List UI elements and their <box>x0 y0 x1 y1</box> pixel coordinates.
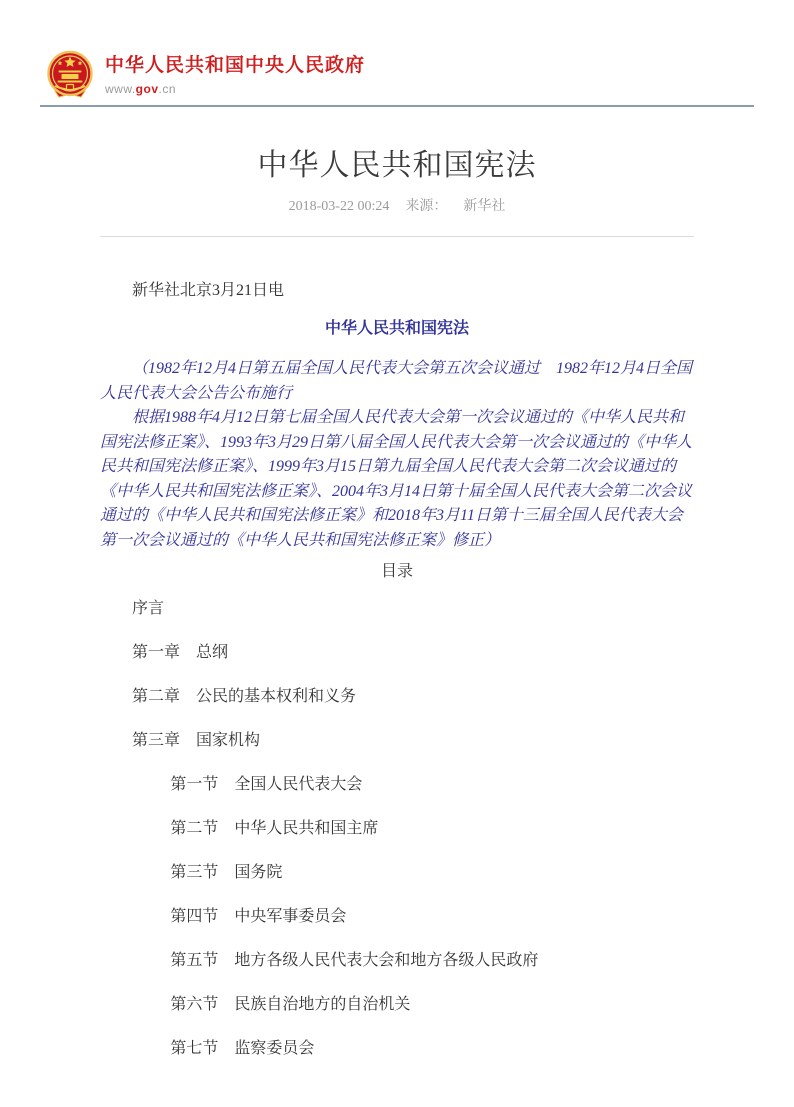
toc-item-section-5: 第五节 地方各级人民代表大会和地方各级人民政府 <box>100 949 694 974</box>
toc-item-section-1: 第一节 全国人民代表大会 <box>100 773 694 798</box>
site-logo-link[interactable]: 中华人民共和国中央人民政府 www.gov.cn <box>40 0 754 100</box>
article-body: 新华社北京3月21日电 中华人民共和国宪法 （1982年12月4日第五届全国人民… <box>100 237 694 1061</box>
toc-item-section-4: 第四节 中央军事委员会 <box>100 905 694 930</box>
header-divider <box>40 105 754 107</box>
toc-item-section-3: 第三节 国务院 <box>100 861 694 886</box>
toc-item-section-2: 第二节 中华人民共和国主席 <box>100 817 694 842</box>
toc-item-chapter-2: 第二章 公民的基本权利和义务 <box>100 685 694 710</box>
preface-paragraph: （1982年12月4日第五届全国人民代表大会第五次会议通过 1982年12月4日… <box>100 357 694 406</box>
national-emblem-icon <box>45 50 95 100</box>
article-subtitle: 中华人民共和国宪法 <box>100 317 694 342</box>
toc-item-section-7: 第七节 监察委员会 <box>100 1037 694 1062</box>
site-title[interactable]: 中华人民共和国中央人民政府 <box>105 53 365 79</box>
source-value: 新华社 <box>463 199 505 214</box>
article-title: 中华人民共和国宪法 <box>100 145 694 187</box>
publish-datetime: 2018-03-22 00:24 <box>289 199 390 214</box>
toc-item-preamble: 序言 <box>100 597 694 622</box>
site-url[interactable]: www.gov.cn <box>105 82 365 97</box>
article: 中华人民共和国宪法 2018-03-22 00:24来源：新华社 新华社北京3月… <box>100 145 694 1061</box>
source-label: 来源： <box>405 199 447 214</box>
toc-item-chapter-1: 第一章 总纲 <box>100 641 694 666</box>
preface-paragraph: 根据1988年4月12日第七届全国人民代表大会第一次会议通过的《中华人民共和国宪… <box>100 406 694 553</box>
toc-title: 目录 <box>100 560 694 585</box>
dateline: 新华社北京3月21日电 <box>100 279 694 304</box>
toc-item-chapter-3: 第三章 国家机构 <box>100 729 694 754</box>
toc-item-section-6: 第六节 民族自治地方的自治机关 <box>100 993 694 1018</box>
site-header: 中华人民共和国中央人民政府 www.gov.cn <box>0 0 794 107</box>
article-meta: 2018-03-22 00:24来源：新华社 <box>100 197 694 217</box>
